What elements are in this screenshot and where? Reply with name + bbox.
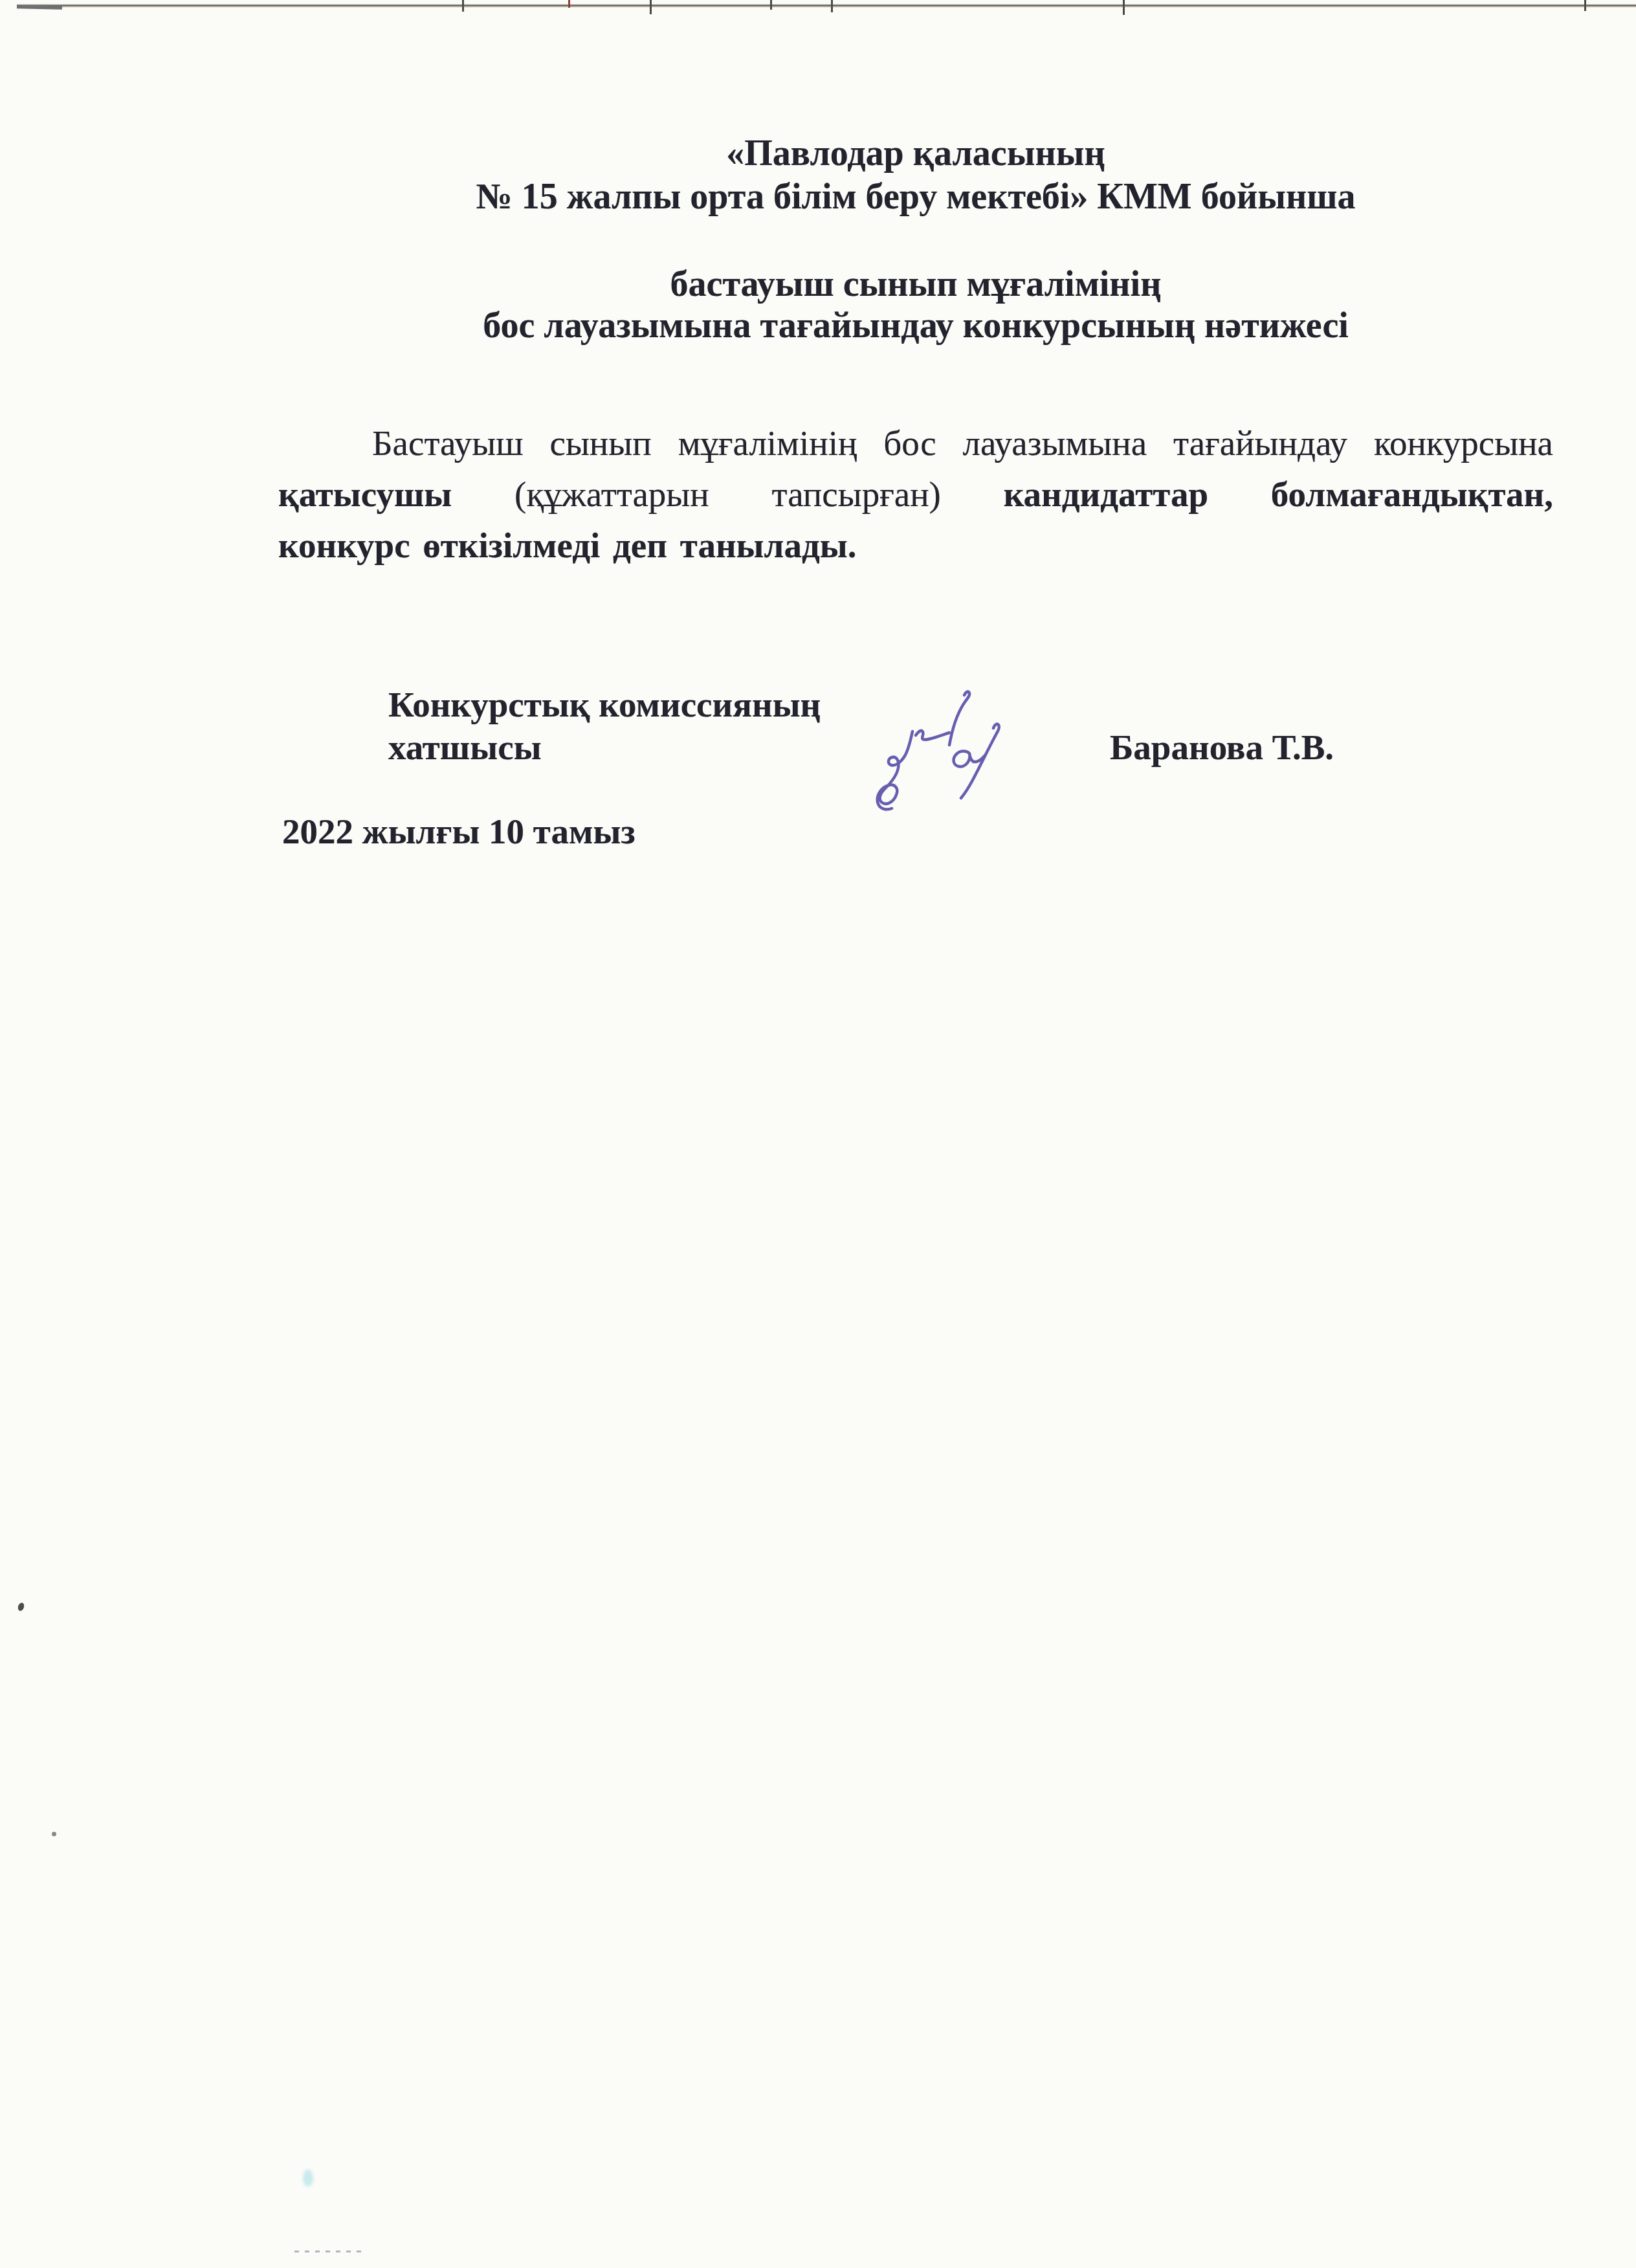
org-name-line-1: «Павлодар қаласының [278,132,1553,175]
scan-artifact-tick [770,0,772,10]
body-paragraph: Бастауыш сынып мұғалімінің бос лауазымын… [278,417,1553,571]
secretary-role-label: Конкурстық комиссияның хатшысы [388,684,821,769]
secretary-role-line-2: хатшысы [388,726,821,769]
scan-artifact-top-line [17,5,1636,6]
body-line-2-bold-end: кандидаттар болмағандықтан, [1004,474,1553,514]
scan-artifact-bottom-dashes [294,2251,366,2252]
scan-artifact-tick [650,0,652,14]
scan-artifact-tick [831,0,833,12]
scanned-document-page: «Павлодар қаласының № 15 жалпы орта білі… [0,0,1636,2268]
body-line-2-regular: (құжаттарын тапсырған) [514,474,941,514]
doc-title-line-1: бастауыш сынып мұғалімінің [278,263,1553,305]
body-line-1: Бастауыш сынып мұғалімінің бос лауазымын… [278,417,1553,469]
doc-title: бастауыш сынып мұғалімінің бос лауазымын… [278,263,1553,346]
signature-ink [861,667,1055,816]
scan-artifact-tick [568,0,570,8]
scan-artifact-tick [1584,0,1586,11]
signature-stroke [916,731,949,740]
doc-title-line-2: бос лауазымына тағайындау конкурсының нә… [278,305,1553,346]
document-date: 2022 жылғы 10 тамыз [282,810,636,853]
body-line-2: қатысушы (құжаттарын тапсырған) кандидат… [278,469,1553,520]
signature-stroke [949,692,969,745]
org-header: «Павлодар қаласының № 15 жалпы орта білі… [278,132,1553,219]
secretary-name: Баранова Т.В. [1110,726,1334,769]
body-line-3: конкурс өткізілмеді деп танылады. [278,520,1553,571]
scan-smudge [303,2170,313,2186]
secretary-role-line-1: Конкурстық комиссияның [388,684,821,726]
scan-artifact-edge-blob [17,5,62,9]
scan-speck [52,1832,56,1836]
scan-artifact-tick [1123,0,1125,15]
body-line-2-bold-start: қатысушы [278,474,452,514]
signature-stroke [878,731,912,810]
org-name-line-2: № 15 жалпы орта білім беру мектебі» КММ … [278,175,1553,219]
scan-artifact-tick [462,0,464,12]
scan-speck [17,1602,25,1612]
